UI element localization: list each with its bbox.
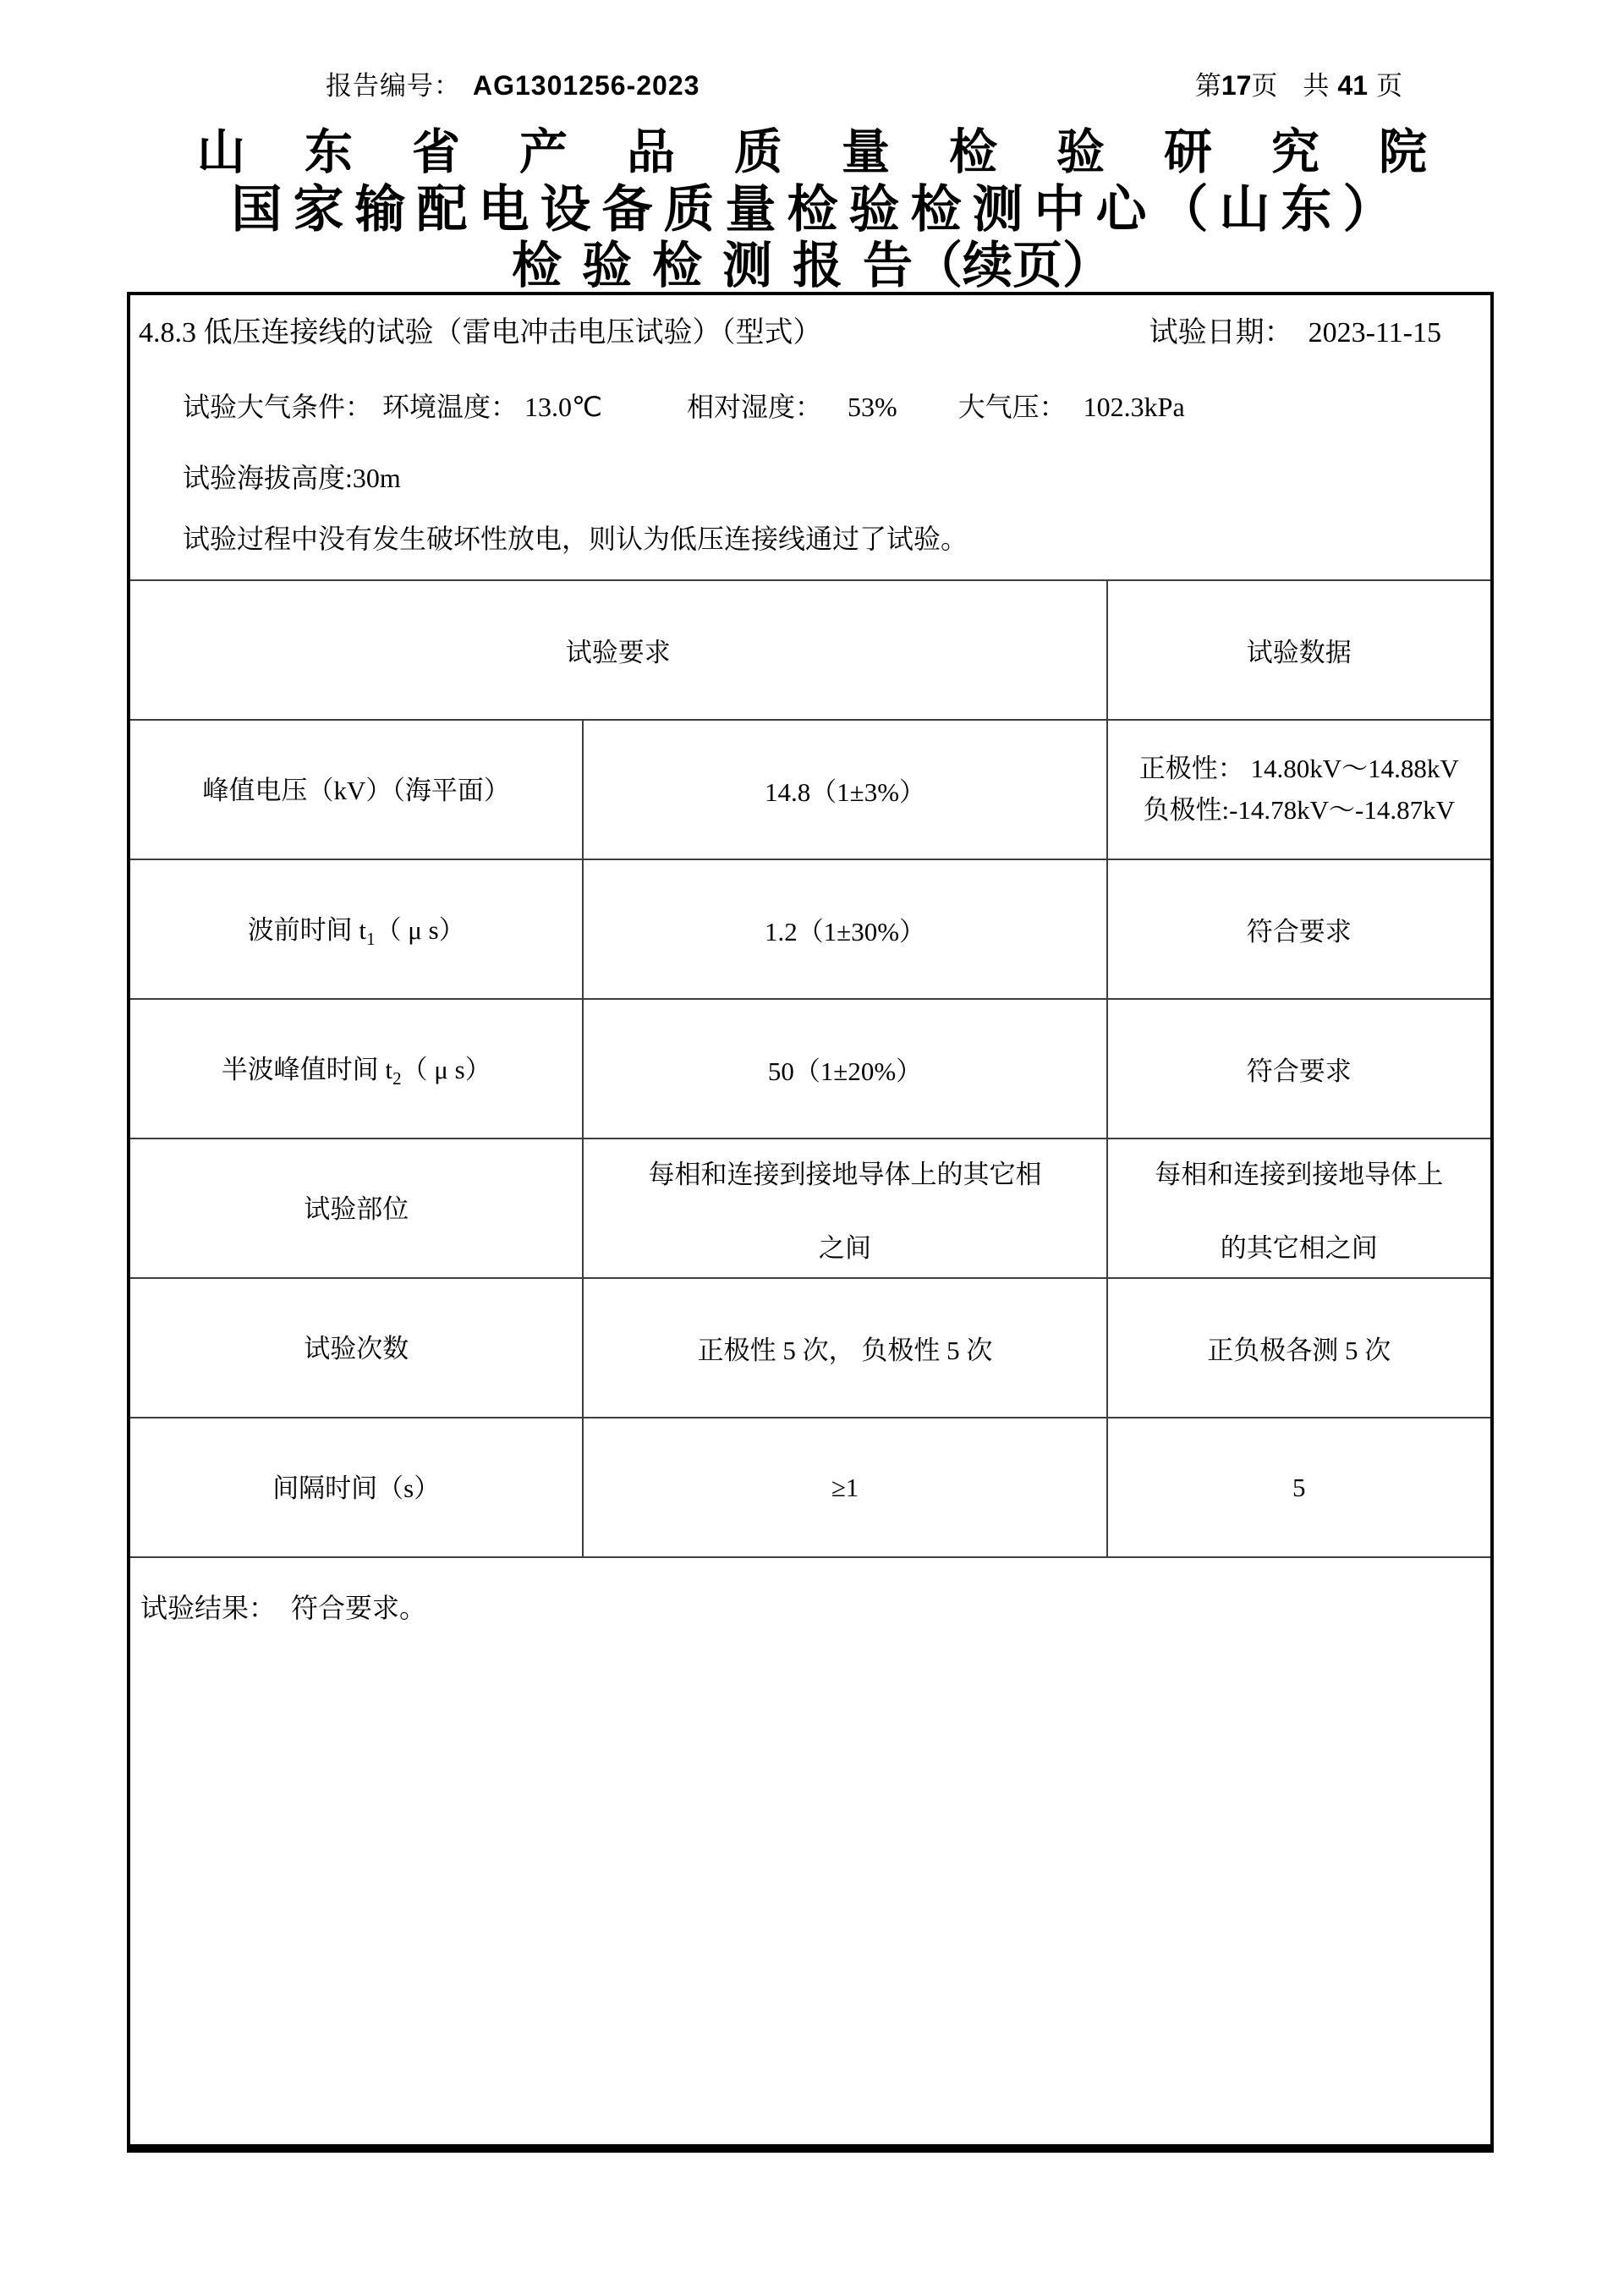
requirement-line: ≥1	[594, 1473, 1095, 1503]
requirement-line: 1.2（1±30%）	[594, 910, 1095, 948]
table-row: 峰值电压（kV）（海平面） 14.8（1±3%） 正极性： 14.80kV～14…	[130, 720, 1490, 859]
report-title-suffix: （续页）	[913, 238, 1112, 294]
item-text: 峰值电压（kV）（海平面）	[203, 776, 510, 805]
item-suffix: （ μ s）	[376, 915, 465, 945]
report-body-frame: 4.8.3 低压连接线的试验（雷电冲击电压试验）（型式） 试验日期：2023-1…	[127, 292, 1494, 2153]
cell-data: 每相和连接到接地导体上的其它相之间	[1107, 1139, 1490, 1278]
clause-row: 4.8.3 低压连接线的试验（雷电冲击电压试验）（型式） 试验日期：2023-1…	[130, 295, 1490, 350]
cell-requirement: 正极性 5 次， 负极性 5 次	[583, 1278, 1106, 1418]
test-result-line: 试验结果：符合要求。	[130, 1587, 1490, 1626]
temperature-label: 环境温度：	[382, 392, 518, 422]
table-row: 间隔时间（s） ≥1 5	[130, 1418, 1490, 1557]
cell-data: 符合要求	[1107, 999, 1490, 1139]
cell-data: 符合要求	[1107, 859, 1490, 999]
cell-item: 间隔时间（s）	[130, 1418, 583, 1557]
data-line: 5	[1118, 1473, 1480, 1503]
cell-data: 5	[1107, 1418, 1490, 1557]
item-text: 半波峰值时间 t	[222, 1055, 392, 1084]
pressure-label: 大气压：	[958, 392, 1067, 422]
cell-item: 峰值电压（kV）（海平面）	[130, 720, 583, 859]
requirement-line: 50（1±20%）	[594, 1050, 1095, 1088]
item-suffix: （ μ s）	[402, 1055, 491, 1084]
altitude-line: 试验海拔高度:30m	[130, 457, 1490, 496]
requirement-line: 正极性 5 次， 负极性 5 次	[594, 1329, 1095, 1367]
page-seg4: 页	[1376, 71, 1402, 101]
cell-data: 正极性： 14.80kV～14.88kV负极性:-14.78kV～-14.87k…	[1107, 720, 1490, 859]
page-number: 17	[1221, 70, 1252, 101]
table-row: 半波峰值时间 t2（ μ s） 50（1±20%） 符合要求	[130, 999, 1490, 1139]
data-line: 负极性:-14.78kV～-14.87kV	[1118, 791, 1480, 831]
table-row: 试验部位 每相和连接到接地导体上的其它相之间 每相和连接到接地导体上的其它相之间	[130, 1139, 1490, 1278]
report-number-label: 报告编号：	[326, 71, 461, 101]
cell-requirement: 14.8（1±3%）	[583, 720, 1106, 859]
data-line: 符合要求	[1118, 1050, 1480, 1088]
table-header-row: 试验要求 试验数据	[130, 580, 1490, 720]
test-table: 试验要求 试验数据 峰值电压（kV）（海平面） 14.8（1±3%） 正极性： …	[130, 579, 1490, 1558]
pressure-value: 102.3kPa	[1084, 392, 1185, 422]
item-subscript: 2	[392, 1068, 402, 1089]
humidity-value: 53%	[848, 392, 897, 422]
report-number-value: AG1301256-2023	[473, 70, 700, 101]
page-seg1: 第	[1195, 71, 1221, 101]
atmos-label: 试验大气条件：	[183, 392, 372, 422]
test-date-group: 试验日期：2023-11-15	[1149, 309, 1441, 350]
cell-requirement: 50（1±20%）	[583, 999, 1106, 1139]
requirement-line: 14.8（1±3%）	[594, 771, 1095, 809]
page-total: 41	[1337, 70, 1368, 101]
cell-item: 半波峰值时间 t2（ μ s）	[130, 999, 583, 1139]
requirement-line: 每相和连接到接地导体上的其它相	[594, 1153, 1095, 1191]
table-row: 试验次数 正极性 5 次， 负极性 5 次 正负极各测 5 次	[130, 1278, 1490, 1418]
cell-item: 试验部位	[130, 1139, 583, 1278]
atmospheric-conditions: 试验大气条件：环境温度：13.0℃相对湿度：53%大气压：102.3kPa	[130, 386, 1490, 425]
cell-requirement: 1.2（1±30%）	[583, 859, 1106, 999]
test-result-label: 试验结果：	[140, 1593, 276, 1623]
data-line: 符合要求	[1118, 910, 1480, 948]
page-seg3: 共	[1303, 71, 1329, 101]
cell-item: 试验次数	[130, 1278, 583, 1418]
data-line: 正负极各测 5 次	[1118, 1329, 1480, 1367]
page-seg2: 页	[1251, 71, 1277, 101]
data-line: 每相和连接到接地导体上	[1118, 1153, 1480, 1191]
header-cell-data: 试验数据	[1107, 580, 1490, 720]
cell-requirement: 每相和连接到接地导体上的其它相之间	[583, 1139, 1106, 1278]
data-line: 正极性： 14.80kV～14.88kV	[1118, 749, 1480, 789]
item-text: 试验部位	[304, 1194, 409, 1224]
test-date-value: 2023-11-15	[1309, 317, 1441, 348]
report-title: 检验检测报告（续页）	[0, 225, 1624, 297]
requirement-line: 之间	[594, 1226, 1095, 1265]
cell-requirement: ≥1	[583, 1418, 1106, 1557]
report-page: 报告编号：AG1301256-2023 第17页共41页 山东省产品质量检验研究…	[0, 0, 1624, 2288]
data-line: 的其它相之间	[1118, 1226, 1480, 1265]
item-subscript: 1	[366, 929, 376, 949]
item-text: 试验次数	[304, 1334, 409, 1363]
header-cell-requirement: 试验要求	[130, 580, 1107, 720]
cell-data: 正负极各测 5 次	[1107, 1278, 1490, 1418]
pass-criteria-line: 试验过程中没有发生破坏性放电，则认为低压连接线通过了试验。	[130, 518, 1490, 557]
report-number-line: 报告编号：AG1301256-2023	[326, 64, 700, 102]
clause-title: 4.8.3 低压连接线的试验（雷电冲击电压试验）（型式）	[139, 309, 822, 350]
temperature-value: 13.0℃	[524, 392, 602, 422]
humidity-label: 相对湿度：	[687, 392, 822, 422]
test-date-label: 试验日期：	[1149, 317, 1293, 348]
report-title-main: 检验检测报告	[512, 238, 933, 294]
table-row: 波前时间 t1（ μ s） 1.2（1±30%） 符合要求	[130, 859, 1490, 999]
item-text: 间隔时间（s）	[272, 1473, 440, 1503]
item-text: 波前时间 t	[248, 915, 366, 945]
test-result-value: 符合要求。	[291, 1593, 426, 1623]
page-number-line: 第17页共41页	[1195, 64, 1402, 102]
cell-item: 波前时间 t1（ μ s）	[130, 859, 583, 999]
